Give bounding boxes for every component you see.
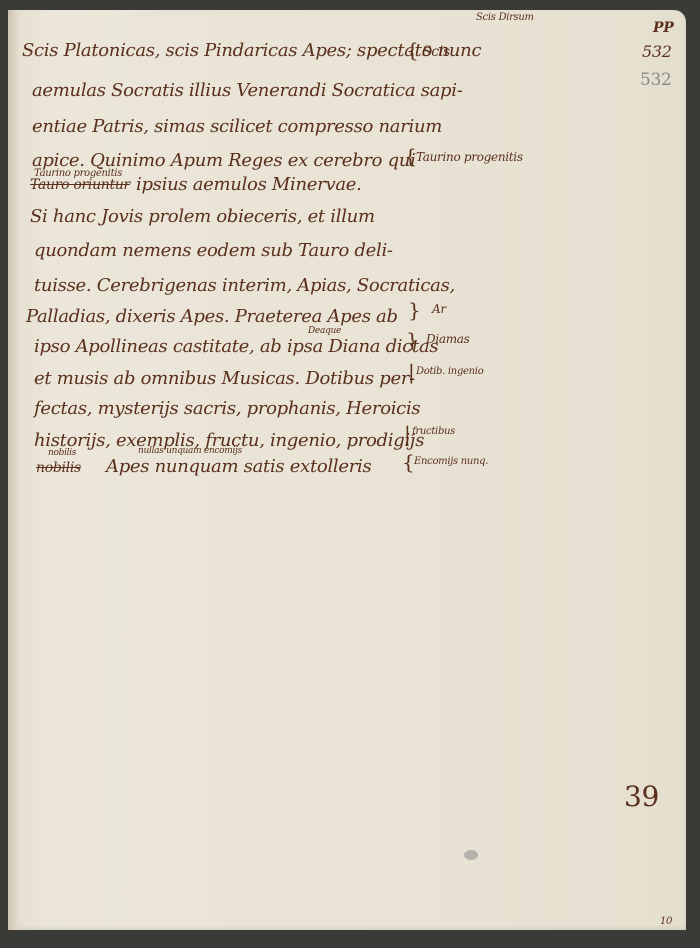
margin-brace-2: { bbox=[404, 144, 417, 168]
margin-note-2: Taurino progenitis bbox=[416, 150, 523, 164]
text-line-11: et musis ab omnibus Musicas. Dotibus per… bbox=[34, 368, 415, 389]
folio-number-pencil: 532 bbox=[640, 70, 672, 90]
manuscript-page: Scis Dirsum PP 532 532 Scis Platonicas, … bbox=[8, 10, 686, 930]
margin-note-3: Ar bbox=[432, 302, 446, 316]
struck-tauro: Tauro oriuntur bbox=[30, 177, 130, 193]
bottom-number: 39 bbox=[624, 780, 659, 813]
margin-brace-1: { bbox=[406, 38, 419, 62]
text-line-12: fectas, mysterijs sacris, prophanis, Her… bbox=[34, 398, 420, 419]
top-annotation: Scis Dirsum bbox=[476, 12, 534, 23]
margin-brace-6: | bbox=[404, 422, 411, 446]
text-line-9: Palladias, dixeris Apes. Praeterea Apes … bbox=[26, 306, 398, 327]
margin-note-7: Encomijs nunq. bbox=[414, 456, 488, 467]
text-line-10: ipso Apollineas castitate, ab ipsa Diana… bbox=[34, 336, 438, 357]
margin-brace-7: { bbox=[402, 450, 415, 474]
margin-note-1: Scis bbox=[422, 44, 450, 60]
margin-brace-5: | bbox=[408, 360, 415, 384]
folio-number-ink: 532 bbox=[642, 42, 672, 61]
binding-gutter bbox=[8, 10, 18, 930]
insertion-deaque: Deaque bbox=[308, 326, 341, 336]
text-line-6: Si hanc Jovis prolem obieceris, et illum bbox=[30, 206, 375, 227]
text-line-5: ipsius aemulos Minervae. bbox=[136, 174, 362, 195]
text-line-2: aemulas Socratis illius Venerandi Socrat… bbox=[32, 80, 463, 101]
struck-nobilis: nobilis bbox=[36, 460, 81, 476]
text-line-14: Apes nunquam satis extolleris bbox=[106, 456, 371, 477]
text-line-3: entiae Patris, simas scilicet compresso … bbox=[32, 116, 442, 137]
margin-note-5: Dotib. ingenio bbox=[416, 366, 483, 377]
margin-note-4: Diamas bbox=[426, 332, 470, 346]
corner-mark: 10 bbox=[660, 916, 672, 927]
margin-brace-4: } bbox=[406, 328, 419, 352]
text-line-7: quondam nemens eodem sub Tauro deli- bbox=[34, 240, 393, 261]
insertion-nobilis: nobilis bbox=[48, 448, 76, 458]
paper-stain bbox=[464, 850, 478, 860]
text-line-8: tuisse. Cerebrigenas interim, Apias, Soc… bbox=[34, 275, 455, 296]
folio-mark: PP bbox=[653, 20, 673, 36]
margin-brace-3: } bbox=[408, 298, 421, 322]
insertion-nullas: nullas unquam encomijs bbox=[138, 446, 242, 456]
margin-note-6: fructibus bbox=[412, 426, 455, 437]
